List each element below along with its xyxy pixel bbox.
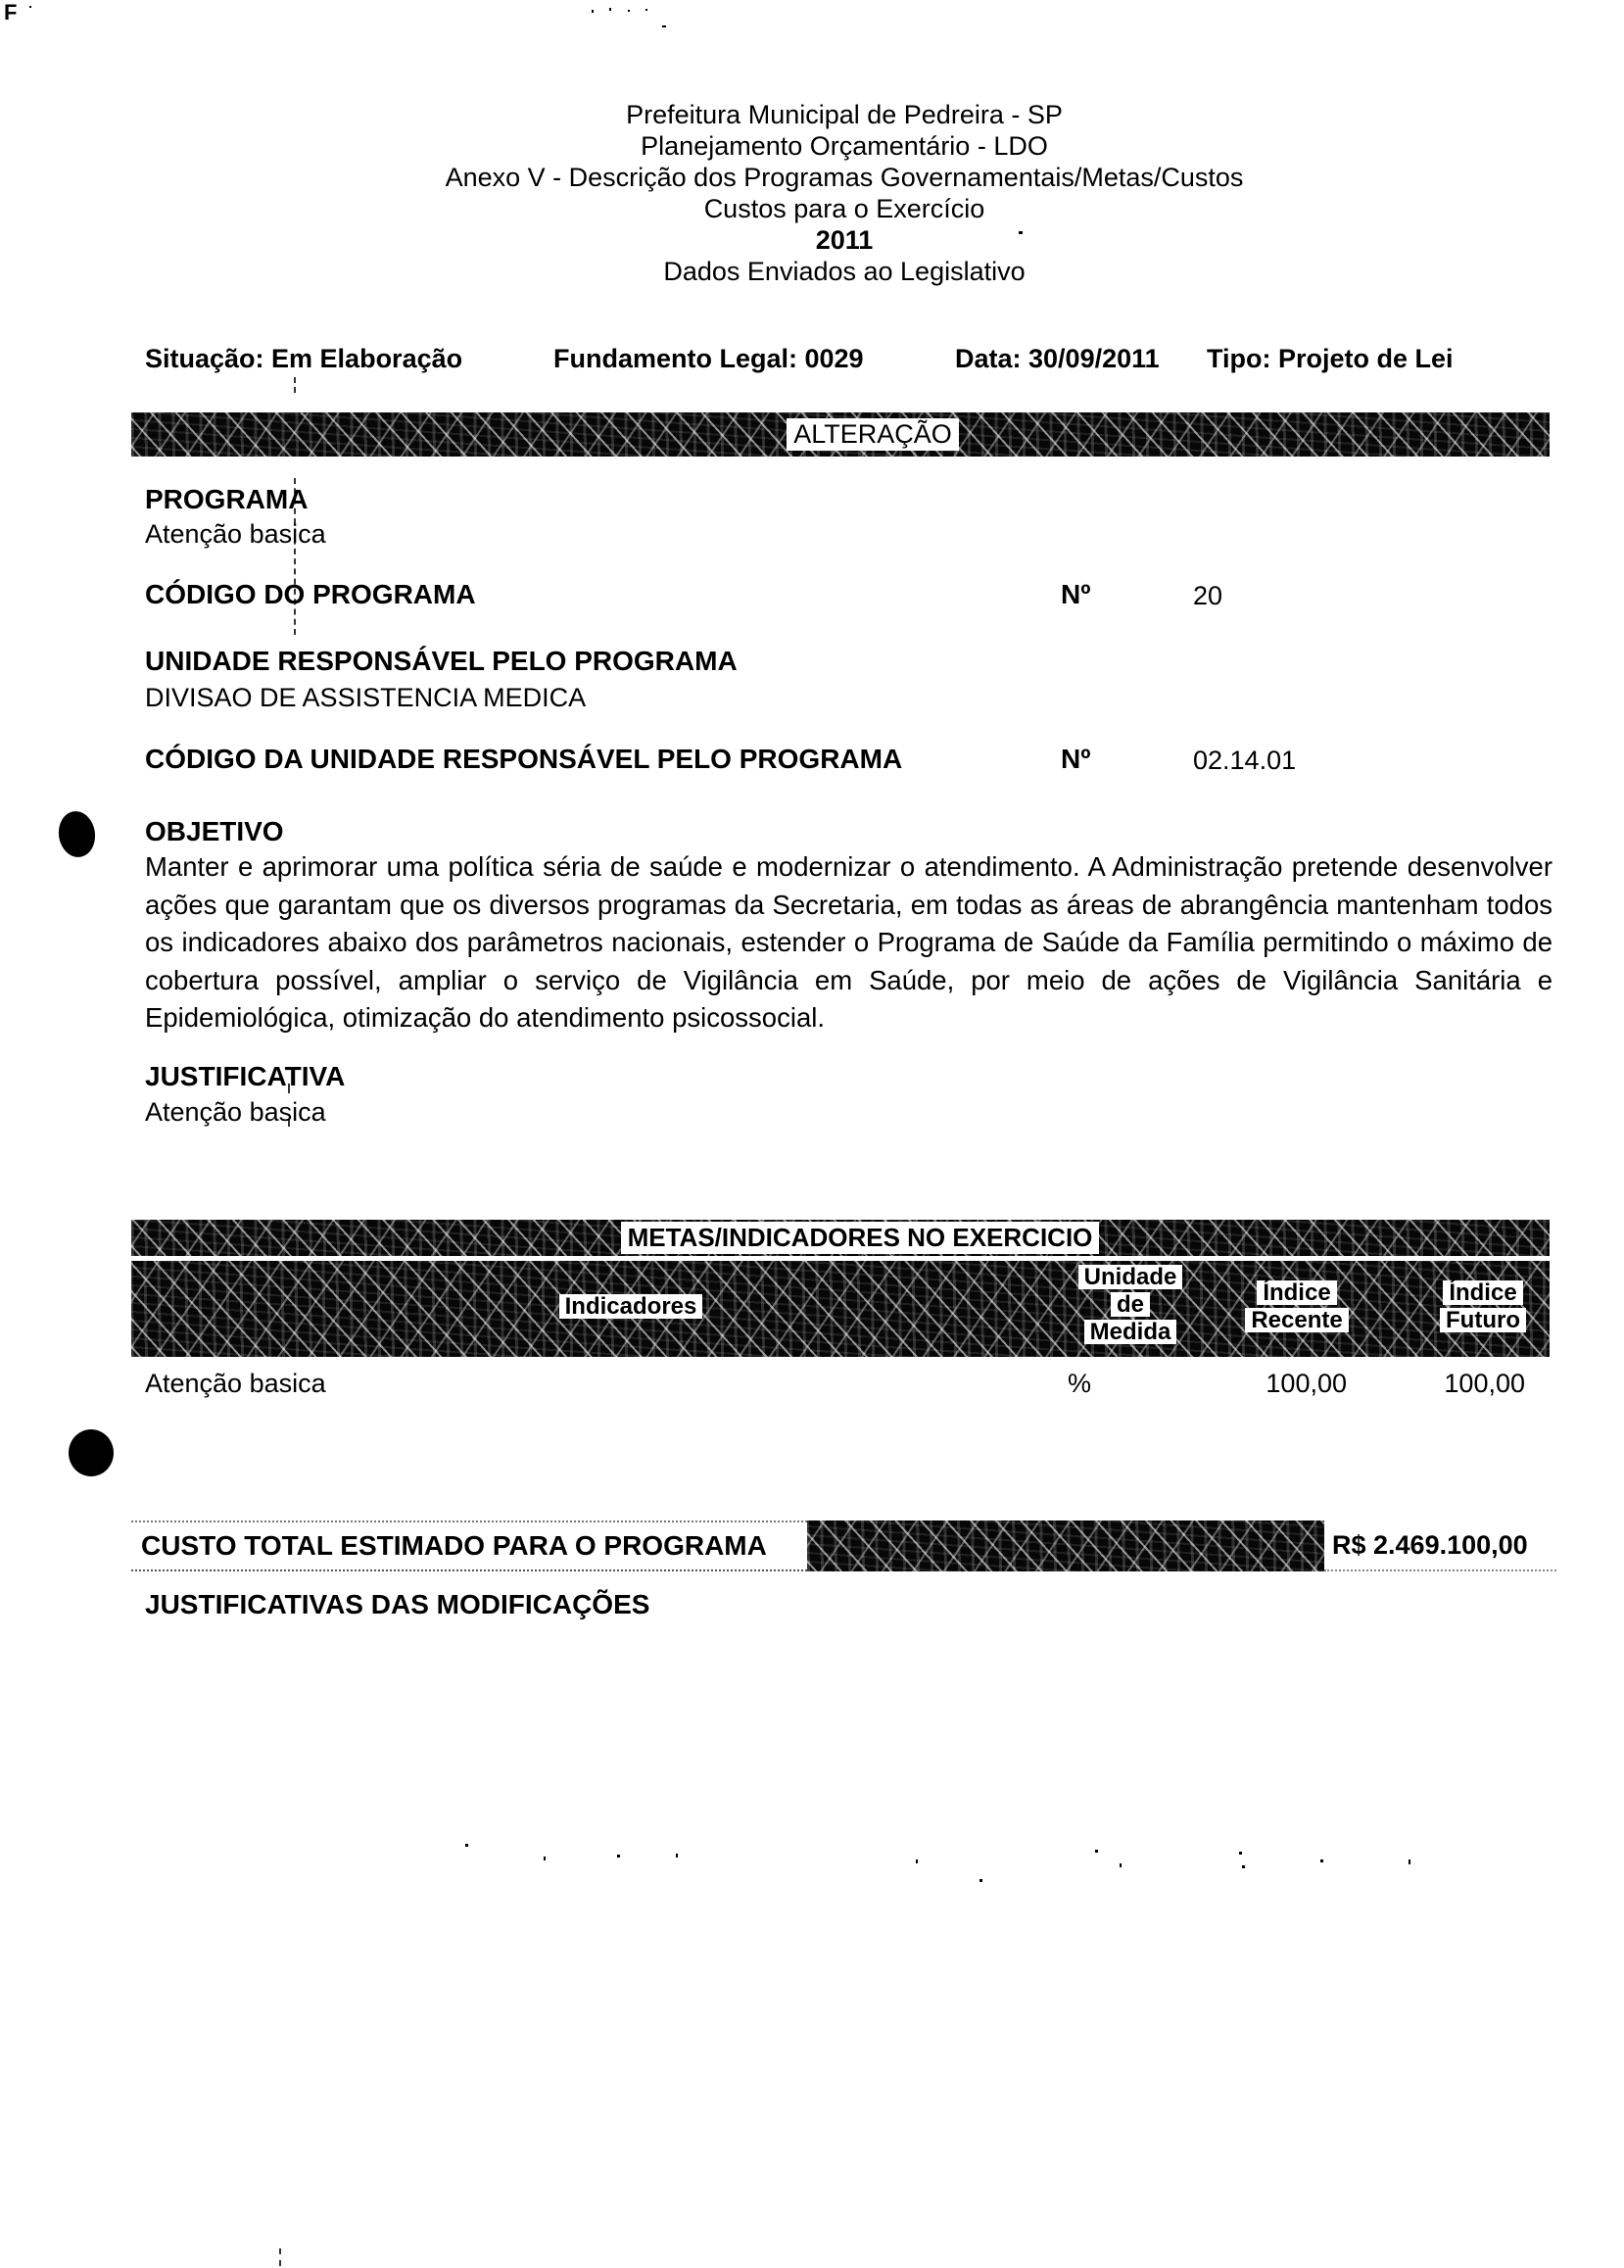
scan-speck xyxy=(1242,1865,1245,1868)
col-header-indice-futuro: Índice Futuro xyxy=(1424,1280,1542,1332)
unidade-value: DIVISAO DE ASSISTENCIA MEDICA xyxy=(145,682,586,713)
unidade-label: UNIDADE RESPONSÁVEL PELO PROGRAMA xyxy=(145,646,738,677)
scan-speck xyxy=(617,1855,620,1858)
scan-tick xyxy=(279,2248,281,2266)
col-header-futuro-line2: Futuro xyxy=(1440,1308,1526,1332)
justificativas-modificacoes-label: JUSTIFICATIVAS DAS MODIFICAÇÕES xyxy=(145,1589,649,1620)
scan-speck xyxy=(1409,1859,1410,1864)
scan-speck xyxy=(544,1857,546,1860)
scan-speck xyxy=(609,8,611,11)
col-header-unidade-medida: Unidade de Medida xyxy=(1072,1265,1189,1344)
header-sent: Dados Enviados ao Legislativo xyxy=(32,256,1624,287)
col-header-indice-recente: Índice Recente xyxy=(1238,1280,1356,1332)
row-unidade-medida: % xyxy=(1068,1368,1091,1399)
type-field: Tipo: Projeto de Lei xyxy=(1207,343,1454,374)
legal-basis-field: Fundamento Legal: 0029 xyxy=(553,343,864,374)
metas-section-bar: METAS/INDICADORES NO EXERCICIO xyxy=(131,1220,1550,1256)
col-header-indicadores: Indicadores xyxy=(543,1294,719,1319)
date-field: Data: 30/09/2011 xyxy=(955,343,1160,374)
programa-value: Atenção basica xyxy=(145,518,326,550)
scan-speck xyxy=(916,1859,918,1863)
scan-speck xyxy=(592,10,594,13)
objetivo-label: OBJETIVO xyxy=(145,816,284,847)
custo-bar-noise xyxy=(807,1520,1324,1571)
justificativa-value: Atenção basica xyxy=(145,1096,326,1128)
col-header-indicadores-label: Indicadores xyxy=(559,1294,703,1319)
custo-total-bar: CUSTO TOTAL ESTIMADO PARA O PROGRAMA R$ … xyxy=(131,1520,1556,1571)
scan-speck xyxy=(645,9,647,11)
header-year: 2011 xyxy=(32,224,1624,256)
col-header-unidade-line1: Unidade xyxy=(1078,1265,1183,1289)
col-header-unidade-line3: Medida xyxy=(1084,1320,1177,1344)
scan-speck xyxy=(662,25,666,27)
document-header: Prefeitura Municipal de Pedreira - SP Pl… xyxy=(32,99,1624,287)
col-header-recente-line2: Recente xyxy=(1245,1308,1348,1332)
punch-hole-mark xyxy=(69,1429,114,1476)
custo-total-label: CUSTO TOTAL ESTIMADO PARA O PROGRAMA xyxy=(141,1530,767,1562)
programa-label: PROGRAMA xyxy=(145,484,308,515)
col-header-recente-line1: Índice xyxy=(1257,1280,1336,1305)
scan-speck xyxy=(1095,1850,1098,1853)
col-header-futuro-line1: Índice xyxy=(1443,1280,1522,1305)
scan-tick xyxy=(288,1084,290,1093)
codigo-programa-label: CÓDIGO DO PROGRAMA xyxy=(145,579,476,610)
codigo-unidade-value: 02.14.01 xyxy=(1193,745,1296,776)
codigo-unidade-no: Nº xyxy=(1061,744,1090,775)
header-annex: Anexo V - Descrição dos Programas Govern… xyxy=(32,162,1624,193)
objetivo-text: Manter e aprimorar uma política séria de… xyxy=(145,848,1552,1037)
codigo-programa-no: Nº xyxy=(1061,579,1090,610)
justificativa-label: JUSTIFICATIVA xyxy=(145,1061,345,1092)
alteracao-bar-label: ALTERAÇÃO xyxy=(787,418,959,451)
scan-tick xyxy=(294,377,296,393)
scan-speck xyxy=(1239,1852,1242,1855)
codigo-programa-value: 20 xyxy=(1193,580,1222,611)
header-org: Prefeitura Municipal de Pedreira - SP xyxy=(32,99,1624,130)
scan-speck xyxy=(465,1844,468,1847)
custo-total-value-area: R$ 2.469.100,00 xyxy=(1324,1520,1556,1571)
header-system: Planejamento Orçamentário - LDO xyxy=(32,130,1624,162)
col-header-unidade-line2: de xyxy=(1111,1292,1150,1317)
scan-speck xyxy=(676,1854,678,1858)
scan-speck xyxy=(1320,1859,1323,1862)
row-indice-recente: 100,00 xyxy=(1229,1368,1347,1399)
status-field: Situação: Em Elaboração xyxy=(145,343,462,374)
codigo-unidade-label: CÓDIGO DA UNIDADE RESPONSÁVEL PELO PROGR… xyxy=(145,744,902,775)
row-indicador: Atenção basica xyxy=(145,1368,326,1399)
scan-vertical-artifact xyxy=(294,478,296,635)
scan-speck xyxy=(979,1879,982,1882)
scanned-document-page: F Prefeitura Municipal de Pedreira - SP … xyxy=(0,0,1624,2268)
metas-table-header: Indicadores Unidade de Medida Índice Rec… xyxy=(131,1261,1550,1357)
punch-hole-mark xyxy=(56,809,98,860)
scan-speck xyxy=(1120,1863,1122,1867)
custo-total-label-area: CUSTO TOTAL ESTIMADO PARA O PROGRAMA xyxy=(131,1520,807,1571)
scan-speck xyxy=(29,6,31,8)
scan-tick xyxy=(288,1119,290,1127)
scan-speck xyxy=(628,10,630,12)
row-indice-futuro: 100,00 xyxy=(1415,1368,1525,1399)
header-subtitle: Custos para o Exercício xyxy=(32,193,1624,224)
custo-total-value: R$ 2.469.100,00 xyxy=(1332,1530,1528,1561)
scan-corner-artifact: F xyxy=(4,0,17,25)
alteracao-section-bar: ALTERAÇÃO xyxy=(131,412,1550,457)
metas-bar-label: METAS/INDICADORES NO EXERCICIO xyxy=(621,1222,1100,1254)
